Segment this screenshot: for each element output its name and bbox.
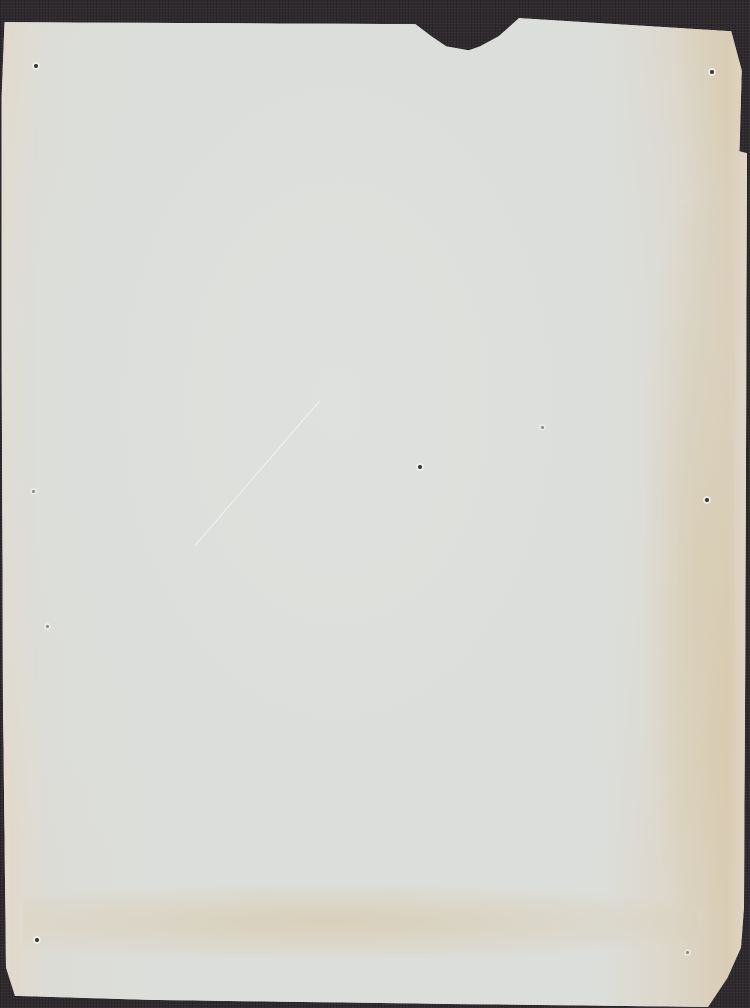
paper-sheet-container xyxy=(0,0,750,1008)
pinhole-mark xyxy=(32,490,35,493)
pinhole-mark xyxy=(710,70,714,74)
yellow-stain-right xyxy=(645,202,735,908)
pinhole-mark xyxy=(541,426,544,429)
yellow-stain-bottom xyxy=(23,887,698,958)
pinhole-mark xyxy=(705,498,709,502)
pinhole-mark xyxy=(34,64,38,68)
photo-scene xyxy=(0,0,750,1008)
pinhole-mark xyxy=(686,951,689,954)
blank-paper-sheet xyxy=(0,0,750,1008)
pinhole-mark xyxy=(46,625,49,628)
pinhole-mark xyxy=(418,465,422,469)
paper-crease xyxy=(195,400,321,546)
pinhole-mark xyxy=(35,938,39,942)
